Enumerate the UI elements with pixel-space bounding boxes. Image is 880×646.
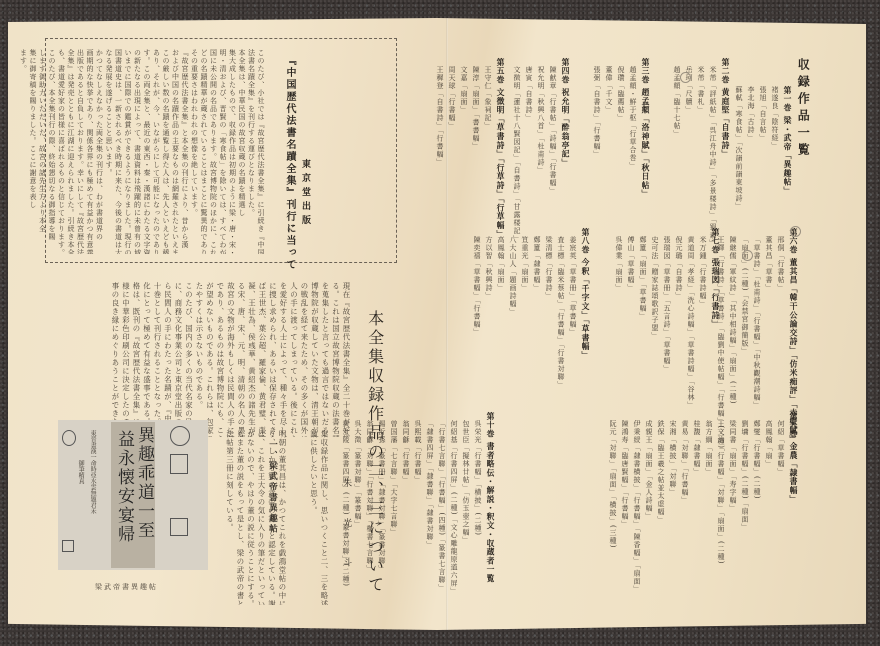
- volume-heading: 第二巻 黄庭堅「自書詩」: [720, 58, 731, 159]
- text-column: 画期的な快挙であり、関係各界にも極めて有益かつ有意義な: [86, 49, 96, 254]
- text-column: この厳しい数の名蹟を通覧し得た人は、先人といえども稀で: [162, 49, 172, 254]
- volume-entry: 呉大澂「篆書対聯」「篆書幅」: [353, 420, 363, 529]
- volume-heading: 第五巻 文徴明「草書詩」「行草詩」「行草幅」: [495, 58, 506, 239]
- volume-entry: 鄭燮「行書幅」(二種): [752, 420, 762, 499]
- seal-stamp-icon: [170, 426, 190, 446]
- volume-entry: 呉偉業「扇面」: [614, 236, 624, 292]
- volume-entry: 褚遂良「陰符経」: [770, 86, 780, 150]
- text-column: このたび、国内の多くの当代名家の励ましと支持の下: [184, 282, 195, 437]
- text-column: 全集』は発売とともに江湖に迎えられました。引続き本全集: [67, 49, 77, 254]
- volume-entry: 「草書詩」「杜甫詩」「行書幅」「中秋觀潮詩幅」: [752, 236, 762, 410]
- volume-entry: 陳淳「扇面」「書書幅」: [471, 66, 481, 151]
- volume-entry: 梁同書「扇面」「寿字幅」: [728, 420, 738, 513]
- text-column: る。これは国立故宮博物院収蔵の法書名蹟のほとんど全て: [331, 282, 342, 437]
- volume-entry: 陳献章「行書帖」「詩幅」「行書幅」: [548, 66, 558, 195]
- calligraphy-photo: 異趣乖道一至 益永懐安宴帰 東晉書漢一命時亞水雲無題君禾 御筆精真: [58, 420, 208, 570]
- volume-entry: 翁同龢「行書幅」: [401, 420, 411, 484]
- volume-entry: 阮元「対聯」「扇面」「横披」(三種): [608, 420, 618, 548]
- volume-entry: 桂馥「隷書幅」: [692, 420, 702, 476]
- volume-entry: 鉄保「臨王羲之帖並太虚幅」: [656, 420, 666, 524]
- text-column: 本全集は、中華民国の故宮収蔵の名蹟を精選し: [238, 49, 248, 254]
- text-column: 集大成したもので、収録作品は初期のように梁・唐・宋・元・: [228, 49, 238, 254]
- circle-mark-icon: [680, 72, 691, 83]
- text-column: 国に未公開の名品であります。故宮博物院のほかに、これほ: [209, 49, 219, 254]
- text-column: どの名蹟精華が蔵されていることはまことに驚異的であり、: [200, 49, 210, 254]
- volume-entry: 鄭簠「隷書幅」: [532, 236, 542, 292]
- text-column: いまでに国際での鑑賞ができるようになりました。現行の中: [124, 49, 134, 254]
- volume-entry: 張瑞図「草書冊」「五言詩」「草書幅」: [662, 236, 672, 373]
- text-column: 明朝の董其昌は、かつてこれを戯鴻堂帖の中に刻しておい: [278, 430, 289, 605]
- text-column: かつてなしえなかった両全集の刊行は、わが書道界の: [95, 49, 105, 254]
- volume-entry: 文嘉「扇面」: [459, 66, 469, 114]
- volume-entry: 黄道周「孝経」「洗心詩幅」「草書詩幅」「谷林」: [686, 236, 696, 410]
- text-column: ら民間人の手にわたった名蹟が、『中国歴代法書名蹟全集』全: [163, 282, 174, 437]
- text-column: 法帖第三冊に刻している。: [225, 430, 236, 605]
- side-inscription-2: 御筆精真: [76, 460, 84, 484]
- volume-entry: 宋湘「横披」「対聯」: [668, 420, 678, 497]
- text-column: 集に御寄稿を賜りました。ここに謝意を表し: [29, 49, 39, 254]
- volume-entry: 笪重光「扇面」: [520, 236, 530, 292]
- text-column: 法書名蹟全集』を刊行する運びとなりました。: [247, 49, 257, 254]
- side-inscription: 東晉書漢一命時亞水雲無題君禾: [88, 430, 96, 514]
- text-column: の新たなる出現によって、書道資料は飛躍的に未曾有の域に: [133, 49, 143, 254]
- volume-entry: 倪元璐「自書詩」: [674, 236, 684, 300]
- catalog-title: 収録作品一覧: [795, 58, 811, 160]
- text-column: 凝、王壮為、侯彧華、黄紹杰の諸先生が大切に保存してい: [247, 282, 258, 437]
- text-column: ます。: [19, 49, 29, 254]
- text-column: 出版であると自負しております。幸いにして『故宮歴代法書: [76, 49, 86, 254]
- volume-entry: 張旭「自言帖」: [758, 86, 768, 142]
- volume-entry: 鄭簠「扇面」「草書幅」: [638, 236, 648, 321]
- volume-entry: 成親王「扇面」「金人詩幅」: [644, 420, 654, 521]
- publisher-notice-box: 『中国歴代法書名蹟全集』刊行に当って 東京堂出版 このたび、小社では『故宮歴代法…: [45, 38, 397, 263]
- text-column: がないので、やはり董の説に従うことにする。清朝の乾隆: [246, 430, 257, 605]
- text-column: ば王世杰、葉公超、羅家倫、黄君璧、張伯謹、許蔵、何香: [258, 282, 269, 437]
- text-column: その重要さはわれわれの想像を絶しています。: [190, 49, 200, 254]
- volume-entry: 唐寅「自書詩」: [524, 66, 534, 122]
- volume-entry: 蘇軾「寒食帖」「次韻前韻東坡詩」: [734, 86, 744, 211]
- volume-entry: 祝允明「秋興八首」「杜甫詩」: [536, 66, 546, 175]
- text-column: このたび、小社では『故宮歴代法書全集』に引続き『中国歴代: [257, 49, 267, 254]
- photo-caption: 梁武帝書異趣帖: [95, 582, 158, 592]
- text-column: も、書道愛好家の皆様に喜ばれるものと信じております。: [57, 49, 67, 254]
- text-column: 故宮の文物が海外もしくは民間人の手に渡ったものの一部: [226, 282, 237, 437]
- volume-entry: 董其昌「草書」: [764, 236, 774, 292]
- volume-entry: 周天球「行書幅」: [447, 66, 457, 130]
- text-column: 現在『故宮歴代法書全集』全二十巻が好評発売中であ: [342, 282, 353, 437]
- text-column: に捜し求められ、あるいは保存されてきたのである。例え: [268, 282, 279, 437]
- volume-entry: 姜宸英「草書冊」「草書幅」: [568, 236, 578, 337]
- text-column: このたび、本全集刊行の際、終始懇切なる御指導を賜: [48, 49, 58, 254]
- volume-entry: 文徴明「蓮社十八賢図記」「自書詩」「甘露楼記」: [512, 66, 522, 243]
- volume-heading: 第八巻 今釈「千字文」「草書幅」: [580, 228, 591, 360]
- volume-entry: 翁方綱「扇面」: [704, 420, 714, 476]
- volume-entry: 高鳳翰「扇」: [764, 420, 774, 468]
- volume-entry: 八大山人「題画詩幅」: [508, 236, 518, 316]
- text-column: であり、あるものは故宮博物院にも、こうした種類の収蔵: [216, 282, 227, 437]
- volume-entry: 方以智「秋興詩」: [484, 236, 494, 300]
- volume-entry: 黄士陵「篆書四屏」(二種)「篆書対聯」(二種): [341, 420, 351, 587]
- article-body: 現在『故宮歴代法書全集』全二十巻が好評発売中である。これは国立故宮博物院収蔵の法…: [22, 282, 352, 437]
- volume-entry: 曾国藩「七言聯」「大字七言聯」: [389, 420, 399, 537]
- text-column: [288, 430, 299, 605]
- text-column: 十巻として刊行されることとなった。このことは、芸術文: [153, 282, 164, 437]
- text-column: 『故宮歴代法書全集』と本全集の刊行により、昔から漢: [181, 49, 191, 254]
- volume-heading: 第七巻 張瑞図「行書詩」: [710, 228, 721, 329]
- volume-entry: 倪瓚「臨薦帖」: [616, 66, 626, 122]
- seal-stamp-icon: [170, 518, 188, 536]
- volume-entry: 張弼「自書詩」「行書幅」: [592, 66, 602, 159]
- notice-publisher: 東京堂出版: [299, 159, 311, 229]
- volume-entry: 陳鴻寿「臨唐賢幅」「行書幅」: [620, 420, 630, 529]
- volume-entry: 陳継儒「軍紋詩」「其中相詩幅」「扇面」(二種): [728, 236, 738, 404]
- brush-text-2: 益永懐安宴帰: [112, 430, 137, 544]
- volume-entry: 「行書七言聯」「行書幅」(四種)「篆書七言聯」: [437, 420, 447, 592]
- volume-entry: 翁同龢「対聯」「行書対聯」「楷書七言聯」: [365, 420, 375, 573]
- text-column: が望めないものである。これらは、包家の貴重な宝物で、: [205, 282, 216, 437]
- notice-body: このたび、小社では『故宮歴代法書全集』に引続き『中国歴代法書名蹟全集』を刊行する…: [19, 49, 266, 254]
- volume-heading: 第三巻 趙孟頫「洛神賦」「秋日帖」: [640, 58, 651, 199]
- text-column: に、商務文化事業公司と東京堂出版の協力によって、これ: [174, 282, 185, 437]
- volume-entry: 董偉「千文」: [604, 66, 614, 114]
- text-column: 化にとって極めて有益な盛事である。この全集の一切の規: [142, 282, 153, 437]
- volume-heading: 第四巻 祝允明「酔翁亭記」: [560, 58, 571, 167]
- section-heading: 一、梁武帝書異趣帖: [266, 440, 277, 535]
- volume-entry: 何紹「草書幅」: [776, 420, 786, 476]
- volume-heading: 第十巻 書者略伝・解説・釈文・収蔵者一覧: [485, 412, 496, 583]
- volume-entry: 米芾「書札」: [696, 66, 706, 114]
- text-column: 国書道史は、一新されるべき時期に来た、今後の書道は大い: [114, 49, 124, 254]
- volume-entry: 呉熙載「行書幅」: [413, 420, 423, 484]
- volume-entry: 「隷書四屏」「隷書聯」「隷書対聯」: [425, 420, 435, 549]
- text-column: す。この両全集と、最近の東西・秦・漢諸にわたる文字資料: [143, 49, 153, 254]
- volume-entry: 何紹基「行書四屏」(二種)「文心雕龍原道六屏」: [449, 420, 459, 595]
- volume-entry: 趙孟頫・鮮于枢「行草合巻」: [628, 66, 638, 170]
- volume-heading: 第一巻 梁・武帝「異趣帖」: [782, 86, 793, 195]
- volume-entry: 楊沂孫「篆書冊」「隷書対聯」「篆書対聯」: [377, 420, 387, 573]
- volume-entry: 劉墉「行書幅」(二種)「扇面」: [740, 420, 750, 531]
- text-column: します御助力いただいた、故宮の諸先生方より本全: [38, 49, 48, 254]
- text-column: を愛好する人士によって、種々手を尽し、大金を惜しまず: [279, 282, 290, 437]
- volume-entry: 王穉登「自書詩」「行書幅」: [435, 66, 445, 167]
- volume-entry: 米万鍾「行書詩幅」: [698, 236, 708, 308]
- volume-entry: 李北海「古詩」: [746, 86, 756, 142]
- text-column: および中国の名蹟作品の主要なものは網羅されたといえます。: [171, 49, 181, 254]
- volume-entry: 陳奕禧「草書幅」「行書幅」: [472, 236, 482, 337]
- text-column: 集収録作品に関し、思いつくこと二、三を略述して研究討: [320, 430, 331, 605]
- notice-title: 『中国歴代法書名蹟全集』刊行に当って: [283, 55, 297, 271]
- text-column: もまた董の説をもって是とし、梁の武帝の書として三希堂: [236, 430, 247, 605]
- text-column: 格は、既刊の『故宮歴代法書全集』に倣い、印刷監本も同: [132, 282, 143, 437]
- text-column: 事の良き縁にめぐりあうことができた。そこで私は、本全: [111, 282, 122, 437]
- seal-stamp-icon: [170, 454, 188, 474]
- text-column: あり、それが、今、いながらにして可能になったのでありま: [152, 49, 162, 254]
- volume-entry: 呉栄光「行書幅」「横披」(二種): [473, 420, 483, 536]
- text-column: 明・清および、晋賢の「寒食帖」を除いては、すべてわが: [219, 49, 229, 254]
- circle-mark-icon: [790, 226, 801, 237]
- text-column: 人の手に渡ってしまっている。後にこれらの文物は、文化: [289, 282, 300, 437]
- volume-entry: 黄易「対聯」「行書幅」: [680, 420, 690, 505]
- text-column: 論に供したいと思う。: [309, 430, 320, 605]
- volume-entry: 伊秉綬「隷書横披」「行書幅」「陳香幅」「扇面」: [632, 420, 642, 594]
- volume-entry: 傅山「草書幅」: [626, 236, 636, 292]
- text-column: [299, 430, 310, 605]
- volume-entry: 梁清標「行書詩」: [544, 236, 554, 300]
- text-column: 様に中華彩色印刷公司に決定したので、私は、再度その盛: [121, 282, 132, 437]
- text-column: なる発展を遂げることと思います。: [105, 49, 115, 254]
- volume-entry: 王守仁「象祠記」: [483, 66, 493, 130]
- volume-entry: 史可法「贈家誌頌歌訳子盟」: [650, 236, 660, 340]
- volume-entry: 高鳳翰「扇面」: [496, 236, 506, 292]
- circle-mark-icon: [742, 250, 753, 261]
- volume-entry: 米芾「評紙帖」「呉江舟中詩」「多景楼詩」「蜀素」: [708, 66, 718, 248]
- volume-heading: 第九巻 金農「隷書幅」: [788, 412, 799, 504]
- text-column: たやすくは示さないものである。: [195, 282, 206, 437]
- volume-entry: 王文治「行書幅」「対聯」「扇面」(二種): [716, 420, 726, 564]
- text-column: を蒐集したと言っても過言ではないだろう。しかし、故宮: [321, 282, 332, 437]
- seal-stamp-icon: [62, 430, 76, 446]
- volume-entry: 査士標「臨米蔡帖」「行書幅」「行書対聯」: [556, 236, 566, 389]
- volume-entry: 邢侗「行書帖」: [776, 236, 786, 292]
- text-column: の戦乱を経て来たため、その多くが国外に、あるいは民間: [300, 282, 311, 437]
- text-column: 博物院が収蔵していた文物は、清王朝が亡び、その後幾多: [310, 282, 321, 437]
- text-column: る宋、唐、宋、元、明、清朝の名人の墨蹟のほとんどは、: [237, 282, 248, 437]
- volume-entry: 包世臣「擬林廿帖」「仿玉壺之幅」: [461, 420, 471, 545]
- seal-stamp-icon: [62, 540, 74, 552]
